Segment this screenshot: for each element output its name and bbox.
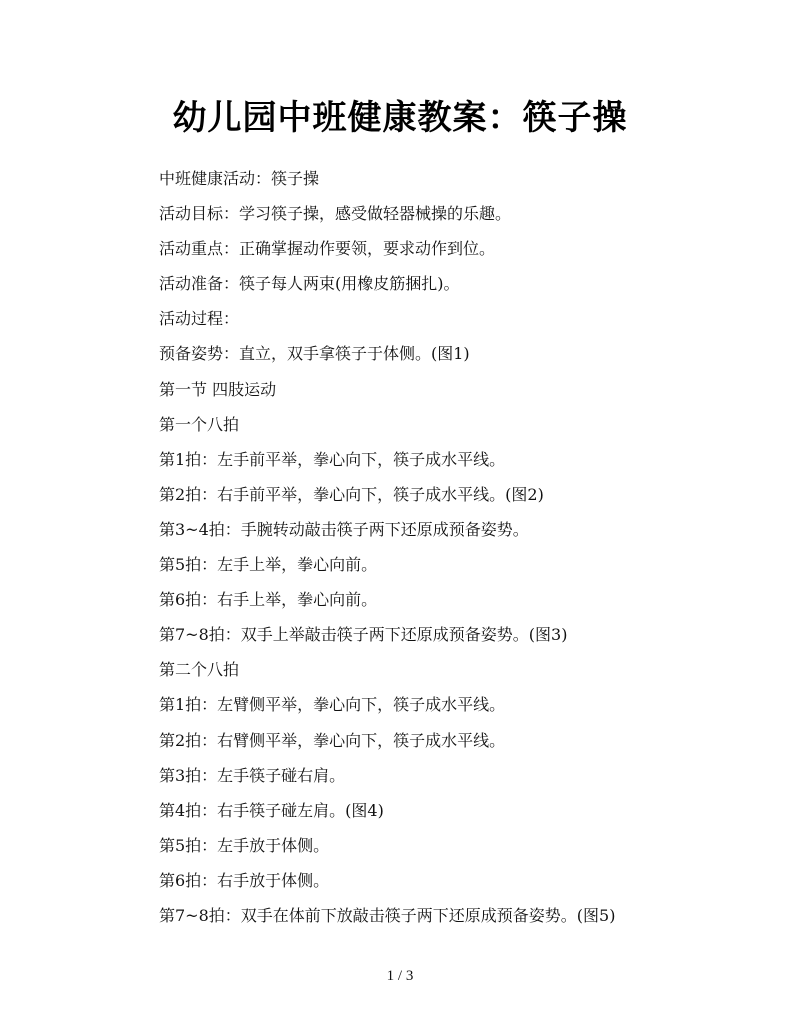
text-line: 第3~4拍：手腕转动敲击筷子两下还原成预备姿势。 <box>159 515 759 550</box>
text-line: 第6拍：右手放于体侧。 <box>159 866 759 901</box>
text-line: 第7~8拍：双手上举敲击筷子两下还原成预备姿势。(图3) <box>159 620 759 655</box>
text-line: 中班健康活动：筷子操 <box>159 164 759 199</box>
subsection-heading: 第一个八拍 <box>159 410 759 445</box>
text-line: 第7~8拍：双手在体前下放敲击筷子两下还原成预备姿势。(图5) <box>159 901 759 936</box>
text-line: 预备姿势：直立，双手拿筷子于体侧。(图1) <box>159 339 759 374</box>
text-line: 活动过程： <box>159 304 759 339</box>
document-body: 中班健康活动：筷子操 活动目标：学习筷子操，感受做轻器械操的乐趣。 活动重点：正… <box>159 164 759 936</box>
text-line: 第5拍：左手放于体侧。 <box>159 831 759 866</box>
text-line: 第1拍：左手前平举，拳心向下，筷子成水平线。 <box>159 445 759 480</box>
text-line: 第6拍：右手上举，拳心向前。 <box>159 585 759 620</box>
subsection-heading: 第二个八拍 <box>159 655 759 690</box>
document-page: 幼儿园中班健康教案：筷子操 中班健康活动：筷子操 活动目标：学习筷子操，感受做轻… <box>0 0 800 1036</box>
text-line: 第4拍：右手筷子碰左肩。(图4) <box>159 796 759 831</box>
text-line: 活动准备：筷子每人两束(用橡皮筋捆扎)。 <box>159 269 759 304</box>
text-line: 活动目标：学习筷子操，感受做轻器械操的乐趣。 <box>159 199 759 234</box>
text-line: 第5拍：左手上举，拳心向前。 <box>159 550 759 585</box>
text-line: 第1拍：左臂侧平举，拳心向下，筷子成水平线。 <box>159 690 759 725</box>
page-number: 1 / 3 <box>0 968 800 985</box>
text-line: 第2拍：右手前平举，拳心向下，筷子成水平线。(图2) <box>159 480 759 515</box>
text-line: 第2拍：右臂侧平举，拳心向下，筷子成水平线。 <box>159 726 759 761</box>
section-heading: 第一节 四肢运动 <box>159 375 759 410</box>
text-line: 第3拍：左手筷子碰右肩。 <box>159 761 759 796</box>
document-title: 幼儿园中班健康教案：筷子操 <box>0 93 800 143</box>
text-line: 活动重点：正确掌握动作要领，要求动作到位。 <box>159 234 759 269</box>
